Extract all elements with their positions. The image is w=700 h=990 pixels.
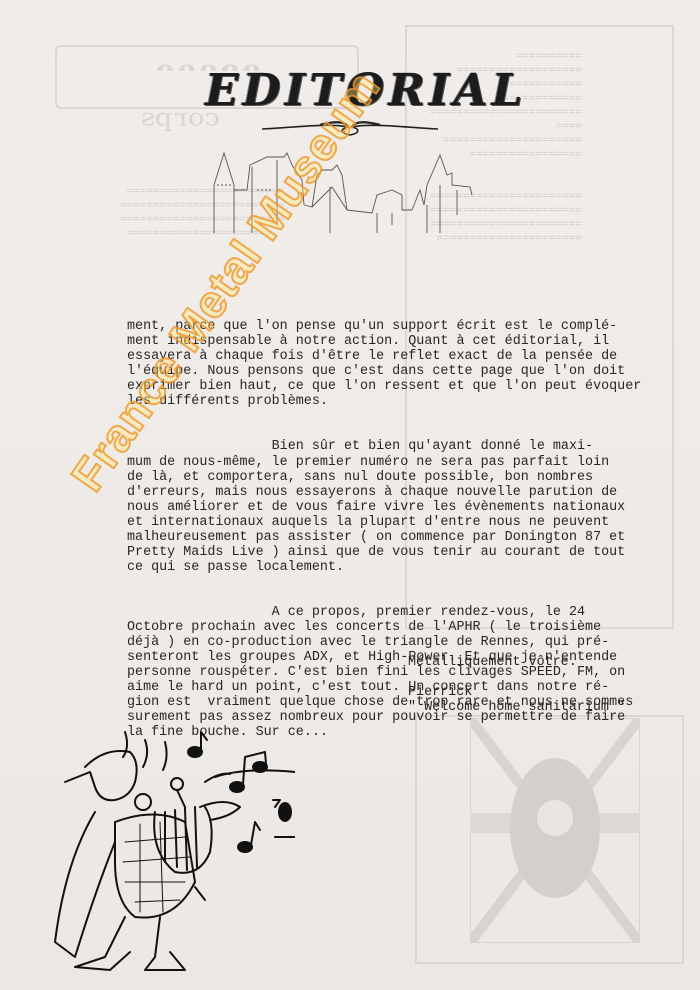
paragraph-2: Bien sûr et bien qu'ayant donné le maxi-… — [127, 439, 700, 574]
signature-name: Pierrick — [408, 685, 472, 700]
signature-quote: " Welcome home sanitarium " — [408, 700, 625, 715]
page-title: EDITORIAL — [205, 65, 480, 116]
closing-salutation: Métalliquement vôtre. — [408, 655, 577, 670]
fanzine-page: ᵔᵔᵔᵔᵔ ᶜᵒʳᵖˢ ≈≈≈≈≈≈≈≈≈≈ ≈≈≈≈≈≈≈≈≈≈≈≈≈≈≈≈≈… — [0, 0, 700, 990]
bard-lyre-cartoon-icon — [45, 712, 295, 977]
castle-sketch-icon — [212, 145, 477, 235]
flourish-divider-icon — [260, 117, 440, 141]
paragraph-1: ment, parce que l'on pense qu'un support… — [127, 319, 700, 409]
